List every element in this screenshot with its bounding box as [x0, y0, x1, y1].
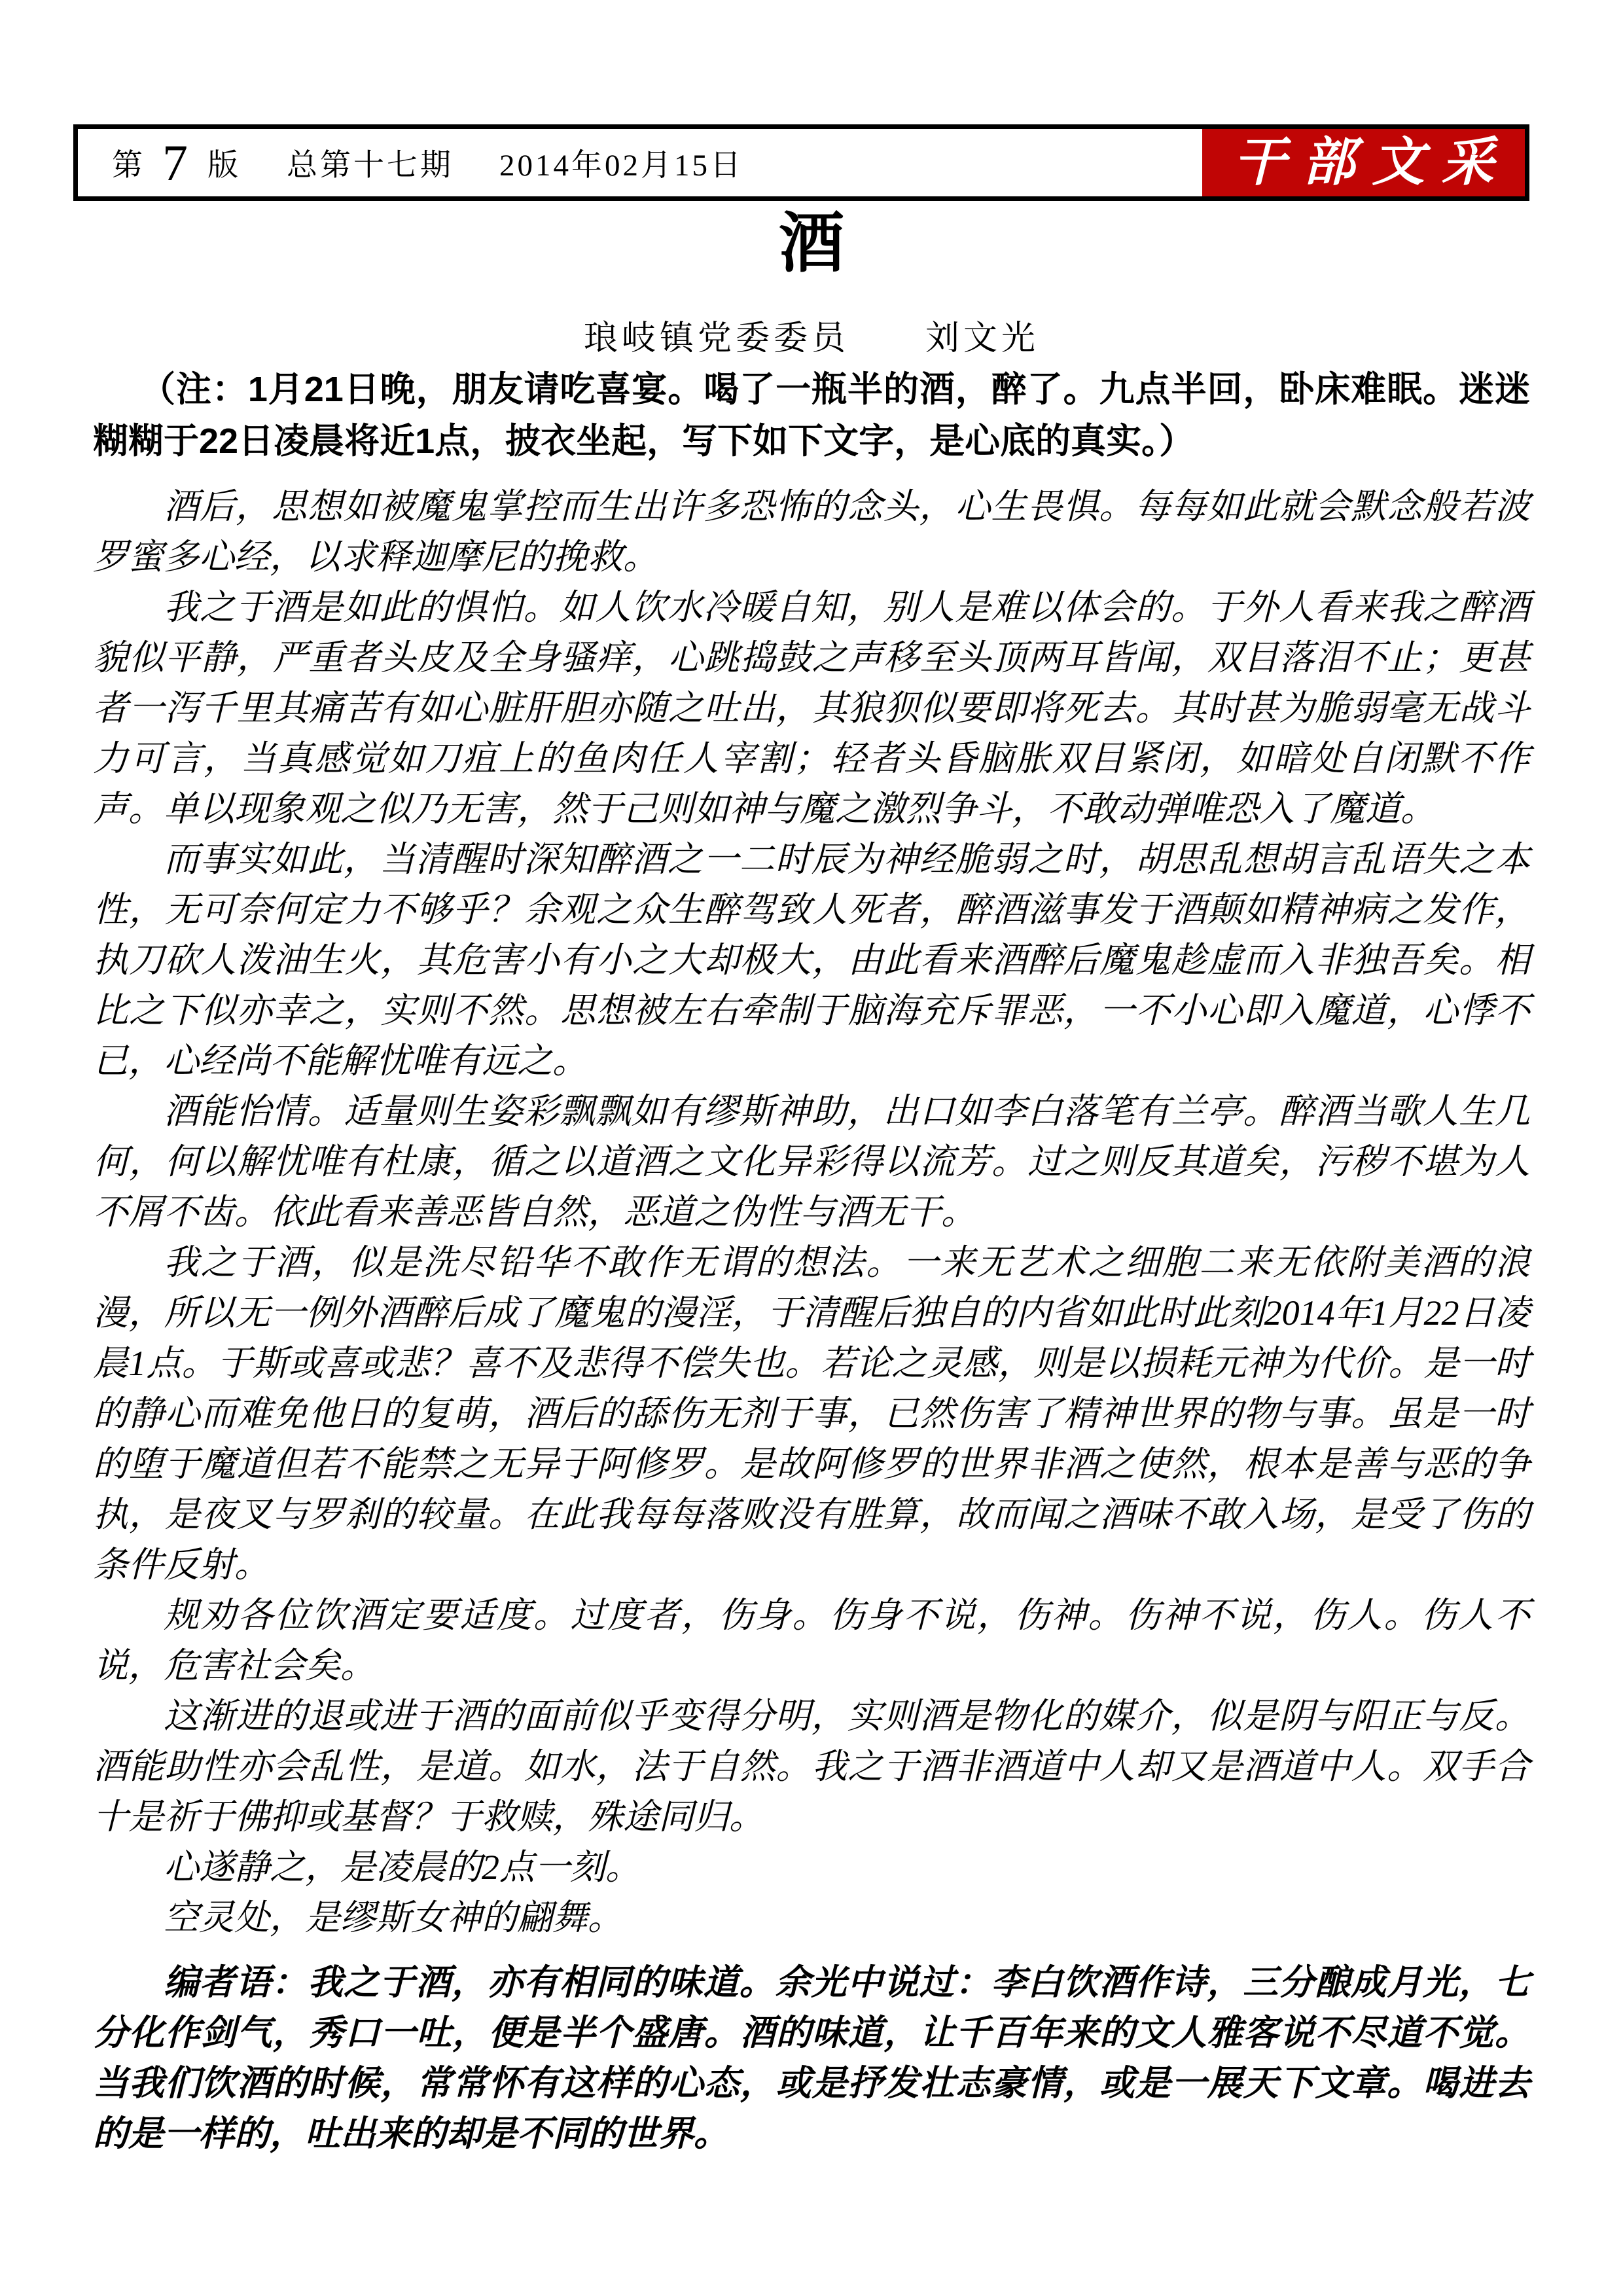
page-header: 第 7 版 总第十七期 2014年02月15日 干部文采: [73, 124, 1529, 201]
body-paragraph: 规劝各位饮酒定要适度。过度者，伤身。伤身不说，伤神。伤神不说，伤人。伤人不说，危…: [93, 1590, 1530, 1691]
article-body: 酒后，思想如被魔鬼掌控而生出许多恐怖的念头，心生畏惧。每每如此就会默念般若波罗蜜…: [93, 482, 1530, 2159]
body-paragraph: 酒能怡情。适量则生姿彩飘飘如有缪斯神助，出口如李白落笔有兰亭。醉酒当歌人生几何，…: [93, 1086, 1530, 1238]
edition-number: 7: [162, 137, 190, 188]
issue-number: 总第十七期: [287, 141, 454, 185]
article-author: 琅岐镇党委委员 刘文光: [0, 310, 1623, 359]
body-paragraph: 空灵处，是缪斯女神的翩舞。: [93, 1893, 1530, 1943]
body-paragraph: 心遂静之，是凌晨的2点一刻。: [93, 1842, 1530, 1893]
body-paragraph: 而事实如此，当清醒时深知醉酒之一二时辰为神经脆弱之时，胡思乱想胡言乱语失之本性，…: [93, 834, 1530, 1086]
publication-date: 2014年02月15日: [499, 141, 743, 185]
body-paragraph: 我之于酒是如此的惧怕。如人饮水冷暖自知，别人是难以体会的。于外人看来我之醉酒貌似…: [93, 583, 1530, 834]
column-banner: 干部文采: [1202, 129, 1525, 196]
article-title: 酒: [0, 208, 1623, 280]
edition-suffix: 版: [207, 141, 241, 185]
edition-prefix: 第: [112, 141, 145, 185]
author-note: （注：1月21日晚，朋友请吃喜宴。喝了一瓶半的酒，醉了。九点半回，卧床难眠。迷迷…: [93, 364, 1530, 467]
newspaper-page: 第 7 版 总第十七期 2014年02月15日 干部文采 酒 琅岐镇党委委员 刘…: [0, 0, 1623, 2296]
body-paragraph: 我之于酒，似是洗尽铅华不敢作无谓的想法。一来无艺术之细胞二来无依附美酒的浪漫，所…: [93, 1238, 1530, 1590]
body-paragraph: 酒后，思想如被魔鬼掌控而生出许多恐怖的念头，心生畏惧。每每如此就会默念般若波罗蜜…: [93, 482, 1530, 583]
body-paragraph: 这渐进的退或进于酒的面前似乎变得分明，实则酒是物化的媒介，似是阴与阳正与反。酒能…: [93, 1691, 1530, 1842]
editor-note: 编者语：我之于酒，亦有相同的味道。余光中说过：李白饮酒作诗，三分酿成月光，七分化…: [93, 1958, 1530, 2159]
edition-info: 第 7 版 总第十七期 2014年02月15日: [78, 129, 1202, 196]
